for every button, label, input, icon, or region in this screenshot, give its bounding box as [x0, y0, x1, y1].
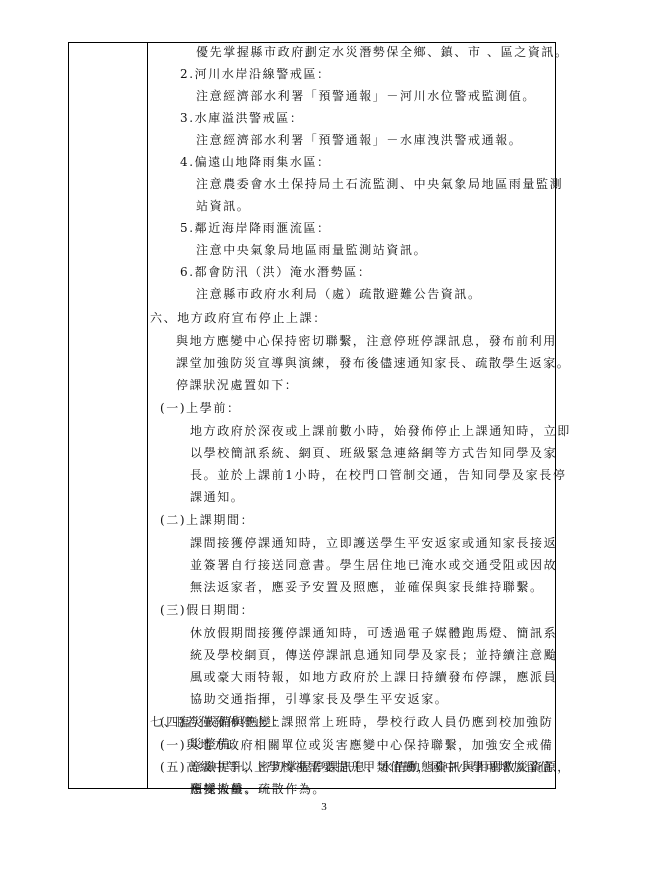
text-line: 注意經濟部水利署「預警通報」－河川水位警戒監測值。 [196, 89, 536, 103]
text-line: 六、地方政府宣布停止上課： [150, 311, 327, 325]
text-line: 地方政府於深夜或上課前數小時，始發佈停止上課通知時，立即 [190, 424, 571, 438]
text-line: 課堂加強防災宣導與演練，發布後儘速通知家長、疏散學生返家。 [176, 356, 570, 370]
text-line: 並簽署自行接送同意書。學生居住地已淹水或交通受阻或因故 [190, 558, 557, 572]
text-line: 6.都會防汛（洪）淹水潛勢區： [180, 265, 371, 279]
text-line: 3.水庫溢洪警戒區： [180, 111, 303, 125]
text-line: 七、臨災戒備與應變： [150, 715, 286, 729]
text-line: 長。並於上課前1小時，在校門口管制交通，告知同學及家長停 [190, 468, 566, 482]
text-line: 統及學校網頁，傳送停課訊息通知同學及家長；並持續注意颱 [190, 648, 557, 662]
text-line: 與地方應變中心保持密切聯繫，注意停班停課訊息，發布前利用 [176, 334, 557, 348]
text-line: 停課狀況處置如下： [176, 378, 298, 392]
text-line: 注意經濟部水利署「預警通報」－水庫洩洪警戒通報。 [196, 133, 522, 147]
text-line: 注意中央氣象局地區雨量監測站資訊。 [196, 243, 427, 257]
text-line: 風或豪大雨特報，如地方政府於上課日持續發布停課，應派員 [190, 670, 557, 684]
text-line: 4.偏遠山地降雨集水區： [180, 155, 331, 169]
text-line: 協助交通指揮，引導家長及學生平安返家。 [190, 692, 448, 706]
text-line: 5.鄰近海岸降雨滙流區： [180, 221, 331, 235]
text-line: 意識提升，密切掌握停課訊息、水情動態資訊與相關救災資源， [190, 760, 571, 774]
text-line: (三)假日期間： [160, 603, 254, 617]
text-line: 以學校簡訊系統、網頁、班級緊急連絡網等方式告知同學及家 [190, 446, 557, 460]
text-line: 課通知。 [190, 490, 244, 504]
text-line: 2.河川水岸沿線警戒區： [180, 67, 331, 81]
table-content-cell: 優先掌握縣市政府劃定水災潛勢保全鄉、鎮、市 、區之資訊。2.河川水岸沿線警戒區：… [148, 43, 555, 788]
document-table: 優先掌握縣市政府劃定水災潛勢保全鄉、鎮、市 、區之資訊。2.河川水岸沿線警戒區：… [68, 42, 556, 789]
text-line: (一)上學前： [160, 401, 241, 415]
text-line: 休放假期間接獲停課通知時，可透過電子媒體跑馬燈、簡訊系 [190, 626, 557, 640]
text-line: 注意農委會水土保持局土石流監測、中央氣象局地區雨量監測 [196, 177, 563, 191]
page-number: 3 [0, 801, 648, 813]
text-line: (二)上課期間： [160, 513, 254, 527]
text-line: 課間接獲停課通知時，立即護送學生平安返家或通知家長接返 [190, 536, 557, 550]
text-line: 無法返家者，應妥予安置及照應，並確保與家長維持聯繫。 [190, 580, 544, 594]
text-line: 注意縣市政府水利局（處）疏散避難公告資訊。 [196, 287, 482, 301]
text-line: 優先掌握縣市政府劃定水災潛勢保全鄉、鎮、市 、區之資訊。 [196, 45, 569, 59]
text-line: 站資訊。 [196, 199, 250, 213]
table-left-column [69, 43, 148, 788]
text-line: (一)與地方政府相關單位或災害應變中心保持聯繫，加強安全戒備 [160, 738, 553, 752]
text-line: 預採撤離、疏散作為。 [190, 782, 326, 796]
